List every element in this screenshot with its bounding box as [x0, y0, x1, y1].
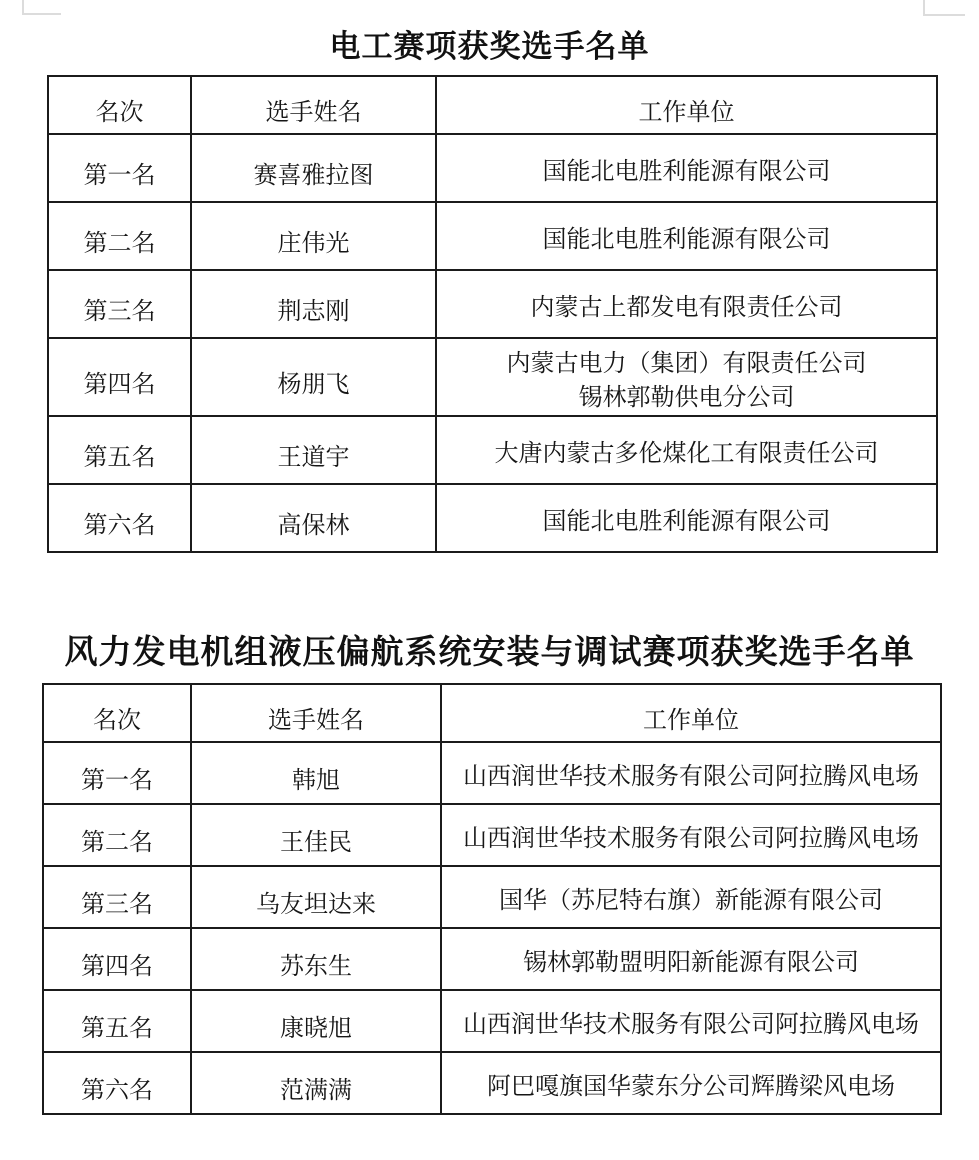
rank-cell: 第六名: [43, 1052, 191, 1114]
work-unit-line: 山西润世华技术服务有限公司阿拉腾风电场: [446, 822, 936, 856]
electrician-award-table: 名次 选手姓名 工作单位 第一名 赛喜雅拉图 国能北电胜利能源有限公司 第二名 …: [47, 75, 938, 553]
work-unit-cell: 内蒙古上都发电有限责任公司: [436, 270, 937, 338]
work-unit-line: 国能北电胜利能源有限公司: [441, 505, 932, 539]
table-row: 第二名 庄伟光 国能北电胜利能源有限公司: [48, 202, 937, 270]
rank-cell: 第二名: [48, 202, 191, 270]
contestant-name-cell: 王佳民: [191, 804, 441, 866]
work-unit-cell: 山西润世华技术服务有限公司阿拉腾风电场: [441, 742, 941, 804]
work-unit-line: 山西润世华技术服务有限公司阿拉腾风电场: [446, 760, 936, 794]
table-row: 第六名 范满满 阿巴嘎旗国华蒙东分公司辉腾梁风电场: [43, 1052, 941, 1114]
table-row: 第五名 康晓旭 山西润世华技术服务有限公司阿拉腾风电场: [43, 990, 941, 1052]
work-unit-cell: 国华（苏尼特右旗）新能源有限公司: [441, 866, 941, 928]
table-row: 第一名 赛喜雅拉图 国能北电胜利能源有限公司: [48, 134, 937, 202]
contestant-name-cell: 王道宇: [191, 416, 436, 484]
rank-cell: 第三名: [48, 270, 191, 338]
work-unit-cell: 锡林郭勒盟明阳新能源有限公司: [441, 928, 941, 990]
work-unit-line: 山西润世华技术服务有限公司阿拉腾风电场: [446, 1008, 936, 1042]
work-unit-line: 国能北电胜利能源有限公司: [441, 155, 932, 189]
table-row: 第三名 乌友坦达来 国华（苏尼特右旗）新能源有限公司: [43, 866, 941, 928]
rank-cell: 第一名: [48, 134, 191, 202]
header-rank: 名次: [43, 684, 191, 742]
work-unit-cell: 国能北电胜利能源有限公司: [436, 134, 937, 202]
work-unit-cell: 国能北电胜利能源有限公司: [436, 202, 937, 270]
electrician-award-title: 电工赛项获奖选手名单: [0, 30, 979, 64]
rank-cell: 第二名: [43, 804, 191, 866]
rank-cell: 第五名: [43, 990, 191, 1052]
work-unit-line: 内蒙古上都发电有限责任公司: [441, 291, 932, 325]
rank-cell: 第四名: [48, 338, 191, 416]
contestant-name-cell: 荆志刚: [191, 270, 436, 338]
work-unit-cell: 大唐内蒙古多伦煤化工有限责任公司: [436, 416, 937, 484]
contestant-name-cell: 乌友坦达来: [191, 866, 441, 928]
contestant-name-cell: 康晓旭: [191, 990, 441, 1052]
wind-turbine-award-table: 名次 选手姓名 工作单位 第一名 韩旭 山西润世华技术服务有限公司阿拉腾风电场 …: [42, 683, 942, 1115]
work-unit-line: 国华（苏尼特右旗）新能源有限公司: [446, 884, 936, 918]
rank-cell: 第五名: [48, 416, 191, 484]
work-unit-cell: 内蒙古电力（集团）有限责任公司 锡林郭勒供电分公司: [436, 338, 937, 416]
table-row: 第六名 高保林 国能北电胜利能源有限公司: [48, 484, 937, 552]
table-row: 第四名 杨朋飞 内蒙古电力（集团）有限责任公司 锡林郭勒供电分公司: [48, 338, 937, 416]
work-unit-line: 锡林郭勒供电分公司: [441, 381, 932, 415]
rank-cell: 第四名: [43, 928, 191, 990]
rank-cell: 第三名: [43, 866, 191, 928]
contestant-name-cell: 苏东生: [191, 928, 441, 990]
header-row: 名次 选手姓名 工作单位: [43, 684, 941, 742]
contestant-name-cell: 范满满: [191, 1052, 441, 1114]
work-unit-line: 内蒙古电力（集团）有限责任公司: [441, 347, 932, 381]
contestant-name-cell: 杨朋飞: [191, 338, 436, 416]
work-unit-line: 大唐内蒙古多伦煤化工有限责任公司: [441, 437, 932, 471]
work-unit-cell: 国能北电胜利能源有限公司: [436, 484, 937, 552]
scan-corner-mark-top-left: [22, 0, 61, 15]
contestant-name-cell: 韩旭: [191, 742, 441, 804]
header-contestant-name: 选手姓名: [191, 76, 436, 134]
header-work-unit: 工作单位: [436, 76, 937, 134]
work-unit-line: 锡林郭勒盟明阳新能源有限公司: [446, 946, 936, 980]
header-row: 名次 选手姓名 工作单位: [48, 76, 937, 134]
wind-turbine-award-title: 风力发电机组液压偏航系统安装与调试赛项获奖选手名单: [0, 631, 979, 673]
work-unit-cell: 山西润世华技术服务有限公司阿拉腾风电场: [441, 990, 941, 1052]
contestant-name-cell: 高保林: [191, 484, 436, 552]
work-unit-line: 国能北电胜利能源有限公司: [441, 223, 932, 257]
contestant-name-cell: 赛喜雅拉图: [191, 134, 436, 202]
table-row: 第二名 王佳民 山西润世华技术服务有限公司阿拉腾风电场: [43, 804, 941, 866]
table-row: 第一名 韩旭 山西润世华技术服务有限公司阿拉腾风电场: [43, 742, 941, 804]
header-work-unit: 工作单位: [441, 684, 941, 742]
contestant-name-cell: 庄伟光: [191, 202, 436, 270]
rank-cell: 第一名: [43, 742, 191, 804]
work-unit-cell: 阿巴嘎旗国华蒙东分公司辉腾梁风电场: [441, 1052, 941, 1114]
rank-cell: 第六名: [48, 484, 191, 552]
table-row: 第三名 荆志刚 内蒙古上都发电有限责任公司: [48, 270, 937, 338]
table-row: 第五名 王道宇 大唐内蒙古多伦煤化工有限责任公司: [48, 416, 937, 484]
header-contestant-name: 选手姓名: [191, 684, 441, 742]
work-unit-cell: 山西润世华技术服务有限公司阿拉腾风电场: [441, 804, 941, 866]
scan-corner-mark-top-right: [923, 0, 965, 16]
header-rank: 名次: [48, 76, 191, 134]
work-unit-line: 阿巴嘎旗国华蒙东分公司辉腾梁风电场: [446, 1070, 936, 1104]
table-row: 第四名 苏东生 锡林郭勒盟明阳新能源有限公司: [43, 928, 941, 990]
